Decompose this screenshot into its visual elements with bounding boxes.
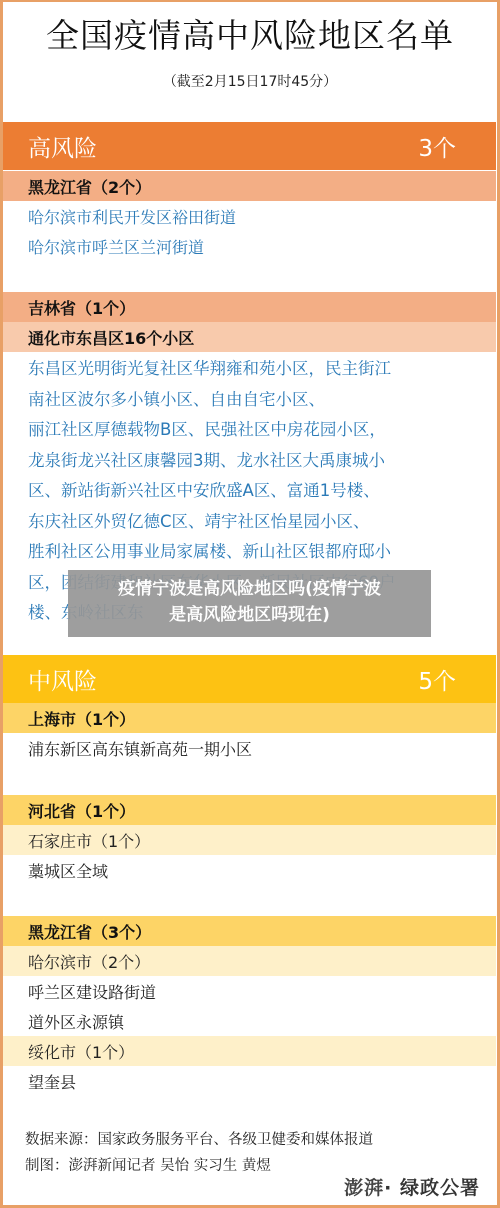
subarea-row-tonghua: 通化市东昌区16个小区 [3, 322, 496, 352]
city-row-harbin: 哈尔滨市（2个） [3, 946, 496, 976]
province-row-hebei: 河北省（1个） [3, 795, 496, 825]
paragraph-line: 区、新站街新兴社区中安欣盛A区、富通1号楼、 [28, 476, 458, 507]
timestamp-subtitle: （截至2月15日17时45分） [0, 72, 500, 92]
credits-note: 制图：澎湃新闻记者 吴怡 实习生 黄煜 [25, 1156, 271, 1176]
mid-risk-label: 中风险 [28, 663, 97, 696]
data-source-note: 数据来源：国家政务服务平台、各级卫健委和媒体报道 [25, 1130, 373, 1150]
page-title: 全国疫情高中风险地区名单 [0, 14, 500, 58]
province-row-heilongjiang-mid: 黑龙江省（3个） [3, 916, 496, 946]
paragraph-line: 东昌区光明街光复社区华翔雍和苑小区，民主街江 [28, 354, 458, 385]
paragraph-line: 胜利社区公用事业局家属楼、新山社区银都府邸小 [28, 537, 458, 568]
caption-line-1: 疫情宁波是高风险地区吗(疫情宁波 [68, 576, 431, 602]
area-item: 哈尔滨市呼兰区兰河街道 [3, 231, 496, 261]
province-row-heilongjiang-high: 黑龙江省（2个） [3, 171, 496, 201]
caption-overlay: 疫情宁波是高风险地区吗(疫情宁波 是高风险地区吗现在) [68, 570, 431, 637]
publisher-logo: 澎湃· 绿政公署 [344, 1173, 480, 1200]
city-row-suihua: 绥化市（1个） [3, 1036, 496, 1066]
paragraph-line: 龙泉街龙兴社区康馨园3期、龙水社区大禹康城小 [28, 446, 458, 477]
high-risk-header: 高风险 3个 [3, 122, 496, 170]
area-item: 呼兰区建设路街道 [3, 976, 496, 1006]
city-row-shijiazhuang: 石家庄市（1个） [3, 825, 496, 855]
high-risk-count: 3个 [418, 130, 456, 163]
area-item: 望奎县 [3, 1066, 496, 1096]
thepaper-logo-mark: 澎湃 [344, 1177, 384, 1199]
mid-risk-count: 5个 [418, 663, 456, 696]
province-row-jilin-high: 吉林省（1个） [3, 292, 496, 322]
caption-line-2: 是高风险地区吗现在) [68, 602, 431, 628]
area-item: 浦东新区高东镇新高苑一期小区 [3, 733, 496, 763]
area-item: 藁城区全域 [3, 855, 496, 885]
logo-text: · 绿政公署 [384, 1177, 480, 1199]
paragraph-line: 南社区波尔多小镇小区、自由自宅小区、 [28, 385, 458, 416]
mid-risk-header: 中风险 5个 [3, 655, 496, 703]
area-item: 哈尔滨市利民开发区裕田街道 [3, 201, 496, 231]
paragraph-line: 东庆社区外贸亿德C区、靖宇社区怡星园小区、 [28, 507, 458, 538]
province-row-shanghai: 上海市（1个） [3, 703, 496, 733]
paragraph-line: 丽江社区厚德载物B区、民强社区中房花园小区， [28, 415, 458, 446]
high-risk-label: 高风险 [28, 130, 97, 163]
area-item: 道外区永源镇 [3, 1006, 496, 1036]
